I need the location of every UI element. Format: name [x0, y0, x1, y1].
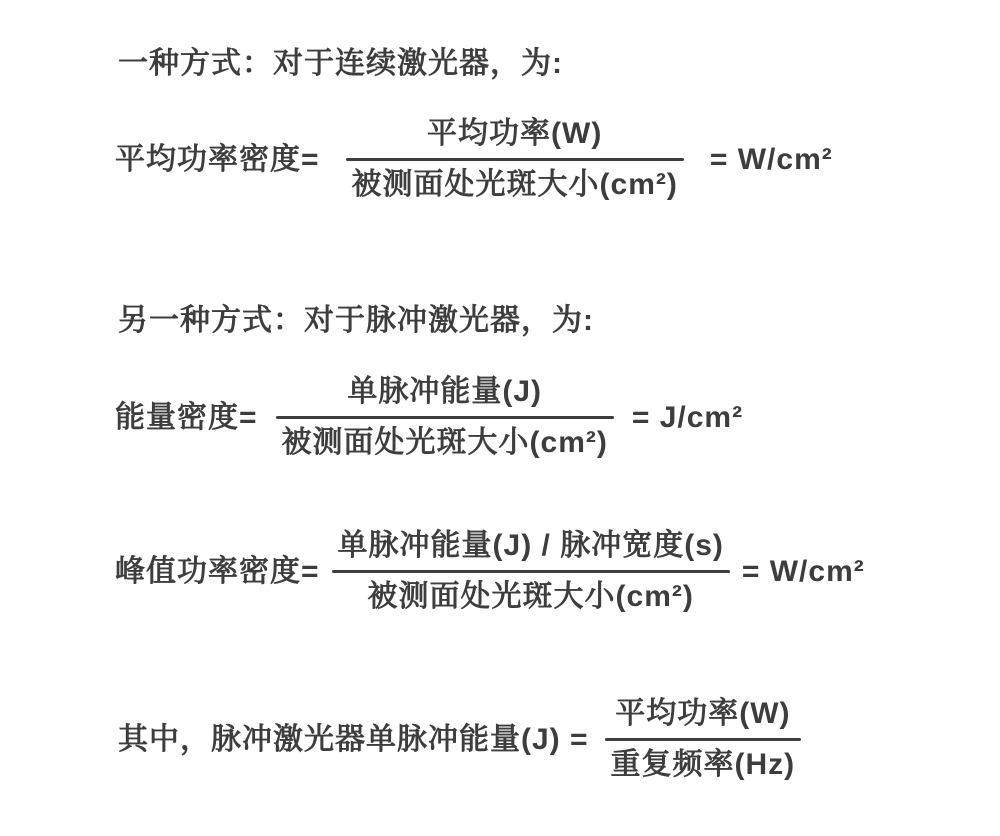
formula-label: 峰值功率密度=: [115, 552, 320, 592]
fraction-denominator: 被测面处光斑大小(cm²): [276, 423, 614, 463]
fraction-numerator: 单脉冲能量(J) / 脉冲宽度(s): [332, 526, 730, 566]
fraction-denominator: 重复频率(Hz): [605, 745, 802, 785]
fraction-bar: [605, 738, 802, 741]
formula-peak-power-density: 峰值功率密度= 单脉冲能量(J) / 脉冲宽度(s) 被测面处光斑大小(cm²)…: [115, 526, 865, 617]
fraction-denominator: 被测面处光斑大小(cm²): [362, 577, 700, 617]
formula-label: 其中，脉冲激光器单脉冲能量(J) =: [118, 720, 589, 760]
formula-energy-density: 能量密度= 单脉冲能量(J) 被测面处光斑大小(cm²) = J/cm²: [115, 372, 743, 463]
heading-pulsed-laser: 另一种方式：对于脉冲激光器，为:: [118, 303, 594, 339]
fraction-bar: [276, 416, 614, 419]
fraction-numerator: 平均功率(W): [421, 114, 608, 154]
formula-result: = W/cm²: [710, 140, 833, 180]
fraction: 单脉冲能量(J) 被测面处光斑大小(cm²): [276, 372, 614, 463]
formula-result: = W/cm²: [742, 552, 865, 592]
fraction: 平均功率(W) 被测面处光斑大小(cm²): [346, 114, 684, 205]
formula-result: = J/cm²: [632, 398, 743, 438]
fraction-denominator: 被测面处光斑大小(cm²): [346, 165, 684, 205]
formula-label: 平均功率密度=: [115, 140, 320, 180]
fraction-bar: [346, 158, 684, 161]
fraction: 单脉冲能量(J) / 脉冲宽度(s) 被测面处光斑大小(cm²): [332, 526, 730, 617]
fraction-bar: [332, 570, 730, 573]
document-page: 一种方式：对于连续激光器，为: 平均功率密度= 平均功率(W) 被测面处光斑大小…: [0, 0, 1000, 836]
formula-label: 能量密度=: [115, 398, 258, 438]
fraction-numerator: 单脉冲能量(J): [341, 372, 548, 412]
formula-average-power-density: 平均功率密度= 平均功率(W) 被测面处光斑大小(cm²) = W/cm²: [115, 114, 833, 205]
formula-single-pulse-energy: 其中，脉冲激光器单脉冲能量(J) = 平均功率(W) 重复频率(Hz): [118, 694, 801, 785]
heading-continuous-laser: 一种方式：对于连续激光器，为:: [118, 46, 563, 82]
fraction-numerator: 平均功率(W): [609, 694, 796, 734]
fraction: 平均功率(W) 重复频率(Hz): [605, 694, 802, 785]
